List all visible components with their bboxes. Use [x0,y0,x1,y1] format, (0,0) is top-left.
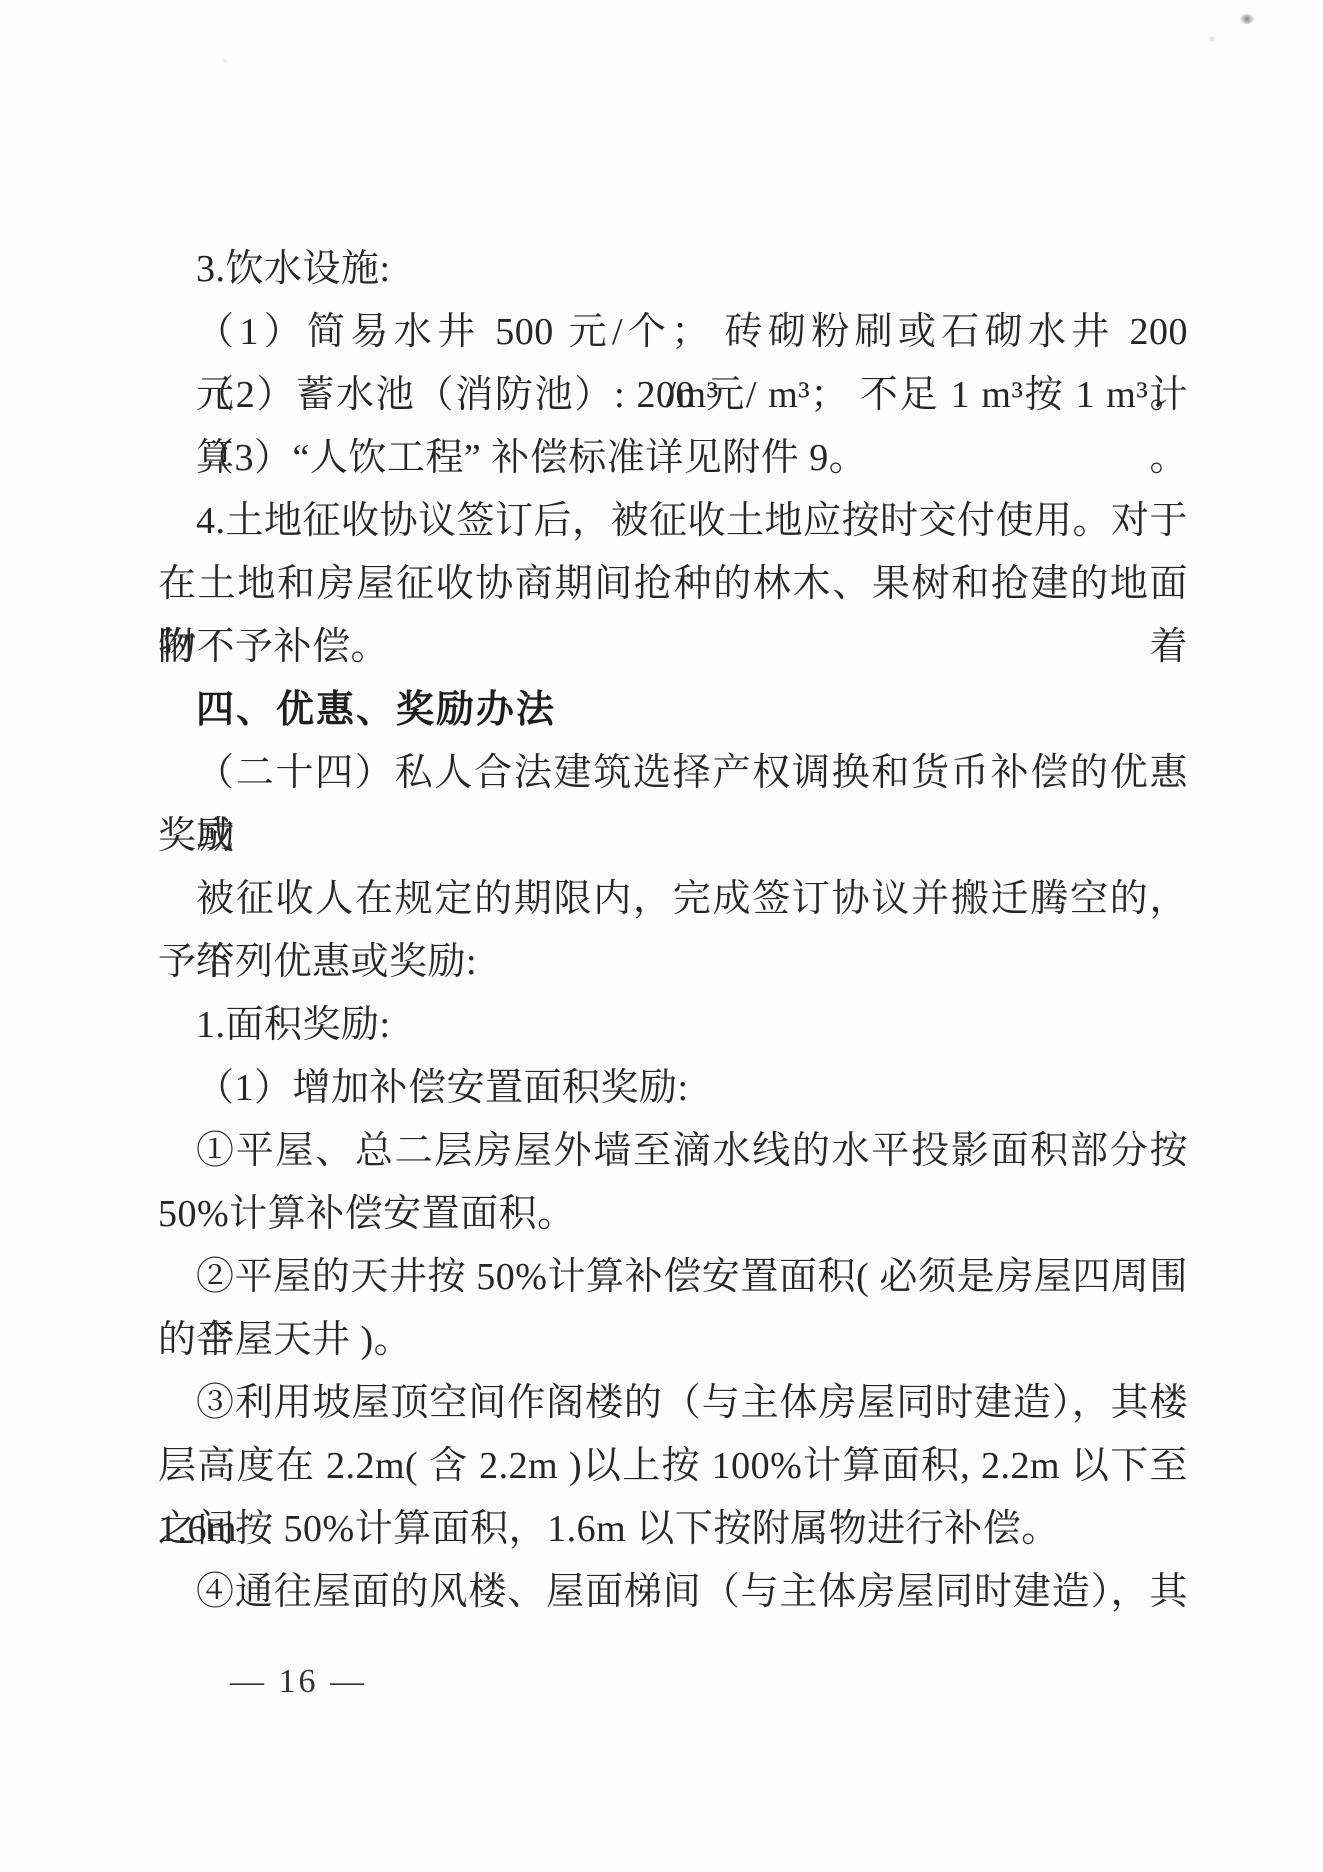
doc-line: 3.饮水设施: [158,238,1188,301]
doc-line: （二十四）私人合法建筑选择产权调换和货币补偿的优惠或 [158,742,1188,805]
scan-speck [222,58,228,63]
scan-speck [1240,14,1254,24]
doc-line: ②平屋的天井按 50%计算补偿安置面积( 必须是房屋四周围合 [158,1246,1188,1309]
doc-line: ③利用坡屋顶空间作阁楼的（与主体房屋同时建造），其楼 [158,1372,1188,1435]
doc-line: 被征收人在规定的期限内，完成签订协议并搬迁腾空的，给 [158,868,1188,931]
doc-line: 层高度在 2.2m( 含 2.2m )以上按 100%计算面积, 2.2m 以下… [158,1435,1188,1498]
scan-speck [1208,36,1216,42]
doc-line: 在土地和房屋征收协商期间抢种的林木、果树和抢建的地面附着 [158,553,1188,616]
section-heading: 四、优惠、奖励办法 [158,679,1188,742]
page-number: — 16 — [230,1663,367,1701]
doc-line: （1）简易水井 500 元/个； 砖砌粉刷或石砌水井 200 元/m³。 [158,301,1188,364]
doc-line: 1.面积奖励: [158,994,1188,1057]
doc-line: 的平屋天井 )。 [158,1309,1188,1372]
doc-line: 50%计算补偿安置面积。 [158,1183,1188,1246]
document-body: 3.饮水设施: （1）简易水井 500 元/个； 砖砌粉刷或石砌水井 200 元… [158,238,1188,1624]
doc-line: ①平屋、总二层房屋外墙至滴水线的水平投影面积部分按 [158,1120,1188,1183]
doc-line: （2）蓄水池（消防池）: 200 元/ m³； 不足 1 m³按 1 m³计算。 [158,364,1188,427]
doc-line: （1）增加补偿安置面积奖励: [158,1057,1188,1120]
doc-line: 4.土地征收协议签订后，被征收土地应按时交付使用。对于 [158,490,1188,553]
scanned-document-page: 3.饮水设施: （1）简易水井 500 元/个； 砖砌粉刷或石砌水井 200 元… [0,0,1323,1872]
doc-line: 予下列优惠或奖励: [158,931,1188,994]
doc-line: 奖励 [158,805,1188,868]
doc-line: 之间按 50%计算面积，1.6m 以下按附属物进行补偿。 [158,1498,1188,1561]
doc-line: ④通往屋面的风楼、屋面梯间（与主体房屋同时建造），其 [158,1561,1188,1624]
